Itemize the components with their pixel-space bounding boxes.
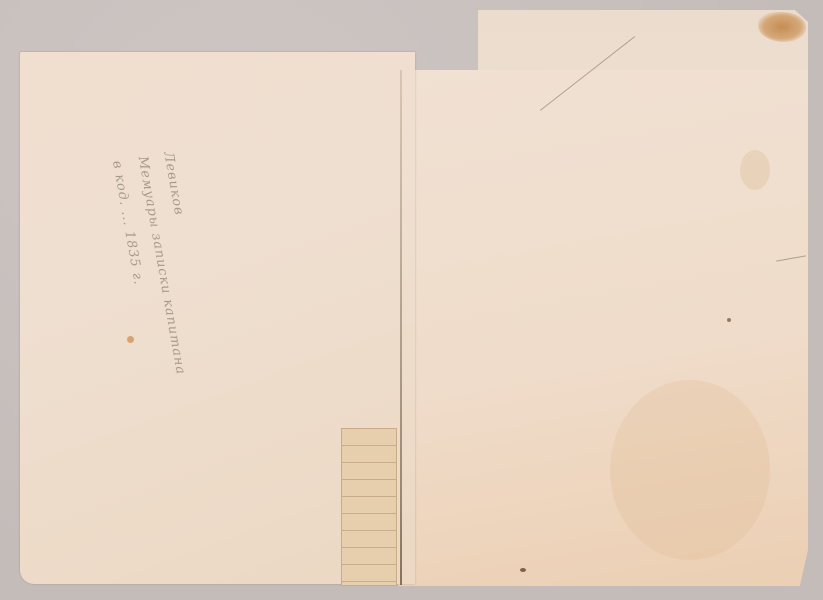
ruled-paper-strip [341,428,397,586]
foxing-stain [520,568,526,572]
water-stain [610,380,770,560]
center-fold [400,70,402,585]
foxing-stain [727,318,731,322]
water-stain [740,150,770,190]
